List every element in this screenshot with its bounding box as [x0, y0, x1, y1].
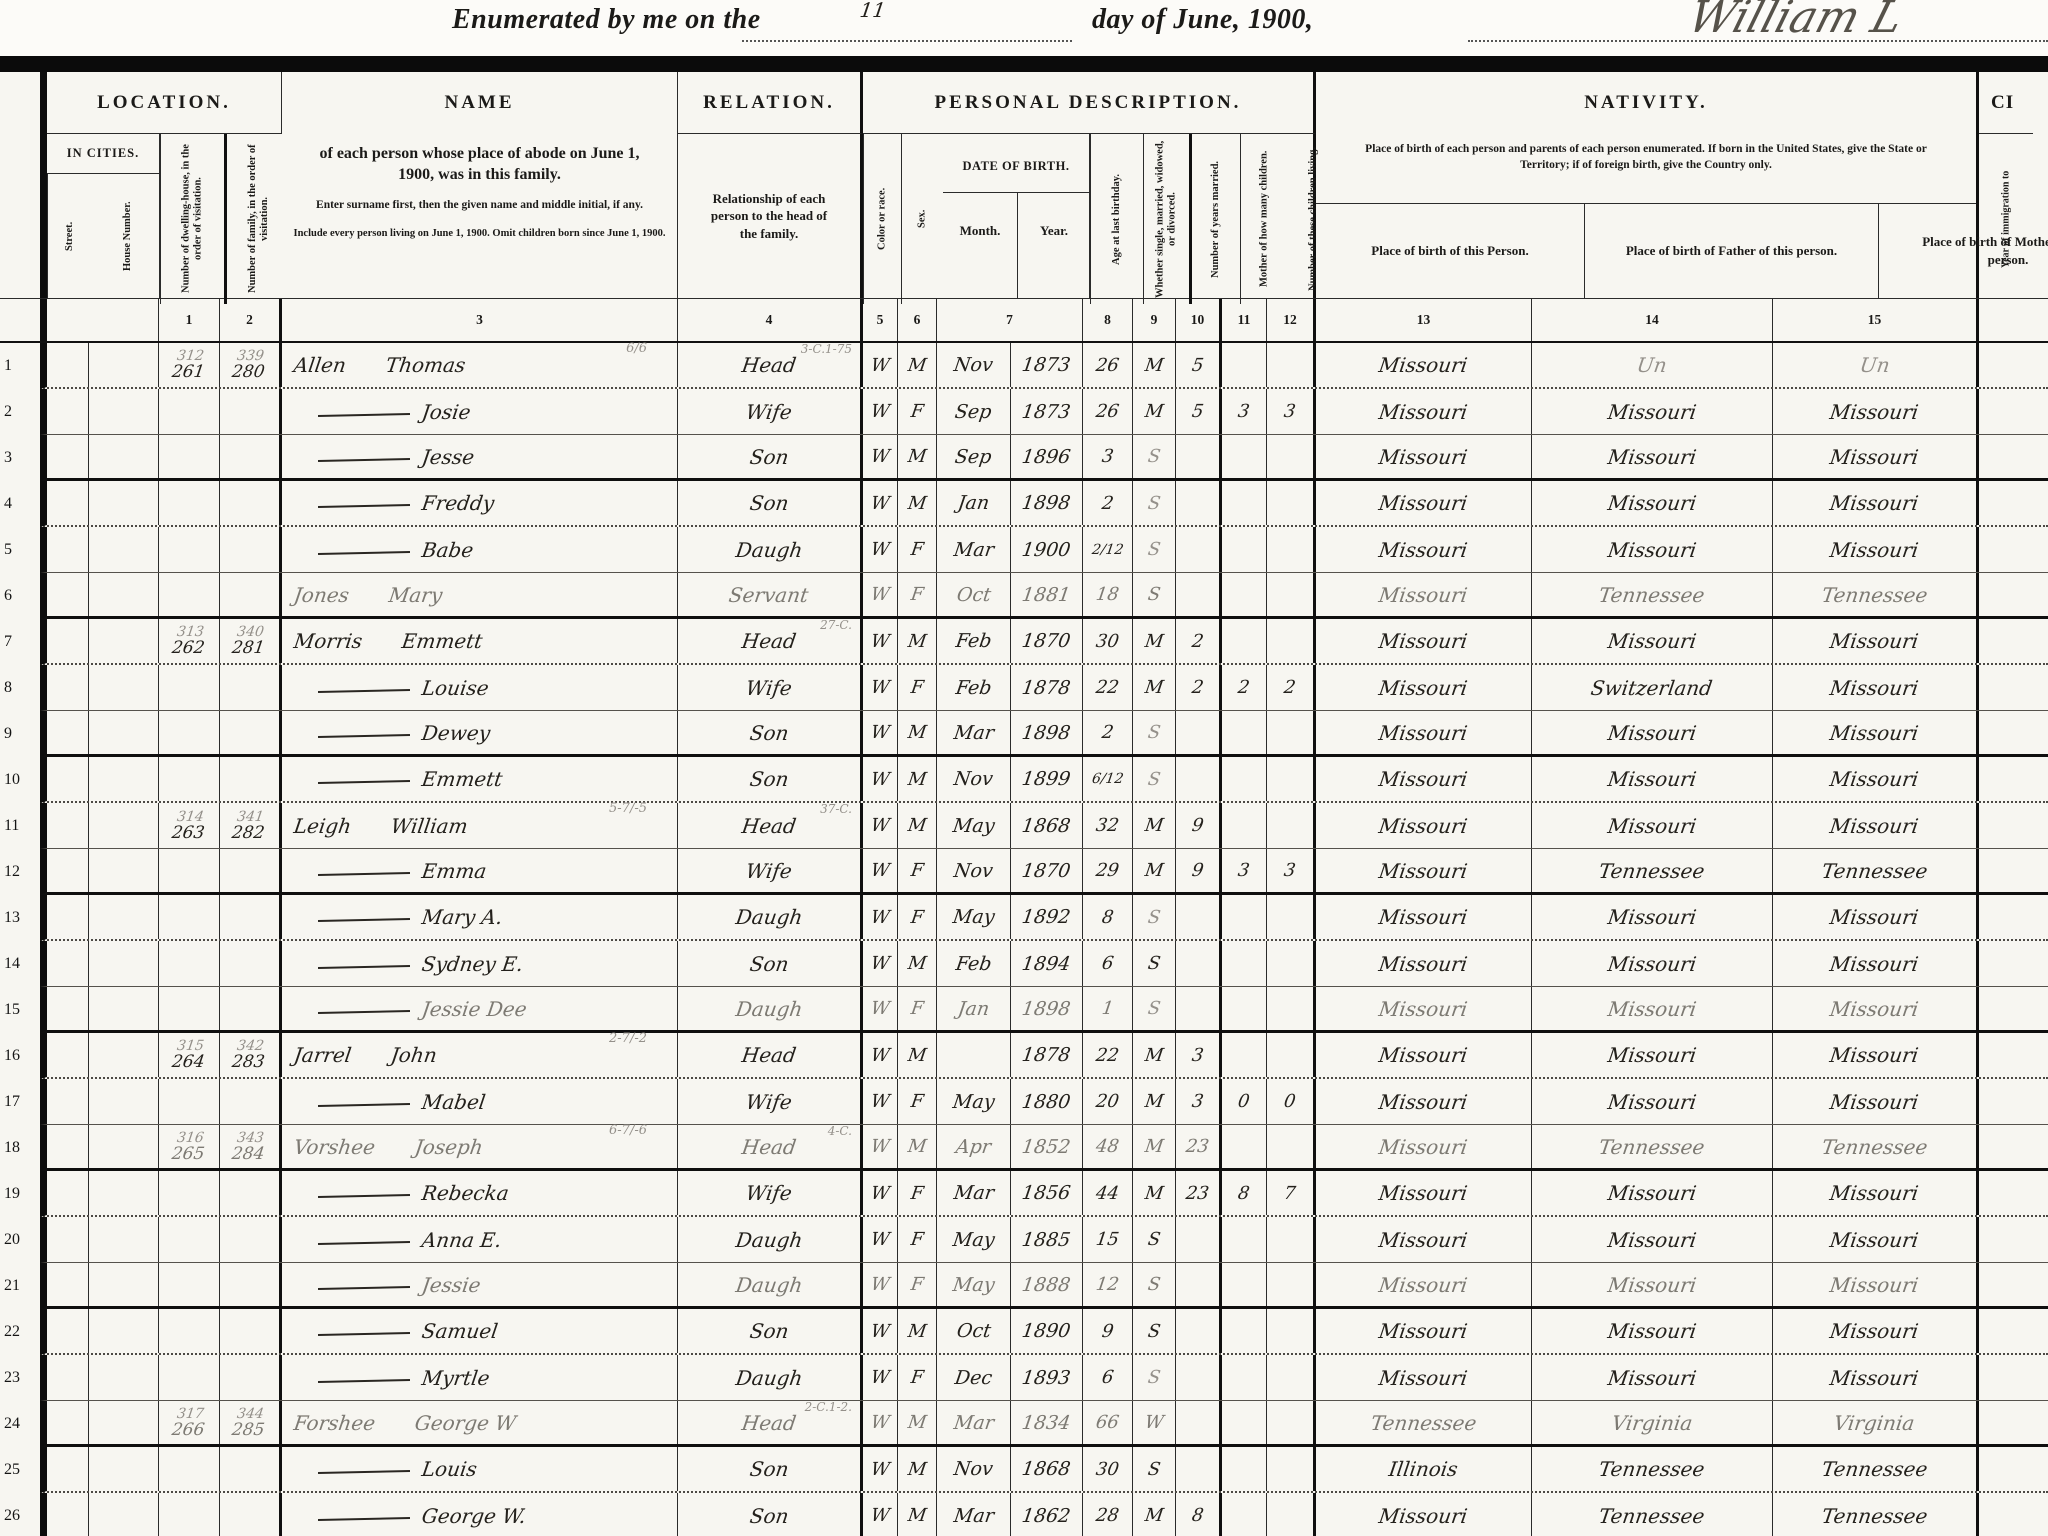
cell-marital-status: S	[1133, 481, 1176, 525]
cell-sex: M	[898, 757, 937, 801]
cell-children-living	[1267, 435, 1316, 478]
cell-birth-month: May	[937, 1263, 1011, 1306]
row-cells: JonesMaryServantWFOct188118SMissouriTenn…	[40, 573, 2048, 619]
cell-house-number	[89, 803, 159, 848]
cell-relation: Son	[678, 1447, 863, 1491]
row-cells: 314263341282LeighWilliam5-7/-5Head37-C.W…	[40, 803, 2048, 849]
cell-birth-month: Feb	[937, 665, 1011, 710]
cell-house-number	[89, 1401, 159, 1444]
cell-pob-person: Missouri	[1316, 1263, 1532, 1306]
row-cells: JosieWifeWFSep187326M533MissouriMissouri…	[40, 389, 2048, 435]
cell-sex: M	[898, 941, 937, 986]
cell-pob-mother: Missouri	[1773, 481, 1979, 525]
cell-name: Mabel	[282, 1079, 678, 1124]
cell-name: MorrisEmmett	[282, 619, 678, 663]
row-cells: LouiseWifeWFFeb187822M222MissouriSwitzer…	[40, 665, 2048, 711]
cell-street	[47, 895, 89, 939]
cell-mother-of-children	[1222, 941, 1267, 986]
cell-relation: Head2-C.1-2.	[678, 1401, 863, 1444]
cell-sex: F	[898, 895, 937, 939]
cell-citizenship	[1979, 849, 2033, 892]
cell-marital-status: M	[1133, 1125, 1176, 1168]
cell-pob-person: Missouri	[1316, 941, 1532, 986]
cell-color-race: W	[863, 1309, 898, 1353]
census-row: 6JonesMaryServantWFOct188118SMissouriTen…	[0, 573, 2048, 619]
cell-dwelling-number: 313262	[159, 619, 220, 663]
cell-birth-year: 1898	[1011, 481, 1083, 525]
row-cells: BabeDaughWFMar19002/12SMissouriMissouriM…	[40, 527, 2048, 573]
cell-children-living	[1267, 1263, 1316, 1306]
cell-age: 12	[1083, 1263, 1133, 1306]
sub-header-row: IN CITIES. Street. House Number. Number …	[0, 134, 2048, 299]
cell-relation: Head27-C.	[678, 619, 863, 663]
cell-sex: F	[898, 527, 937, 572]
cell-age: 2/12	[1083, 527, 1133, 572]
col-num-9: 9	[1133, 299, 1176, 341]
cell-citizenship	[1979, 343, 2033, 387]
col-num-3: 3	[282, 299, 678, 341]
row-number: 20	[0, 1217, 40, 1263]
row-number: 15	[0, 987, 40, 1033]
divider-bar	[0, 56, 2048, 72]
cell-street	[47, 1309, 89, 1353]
cell-birth-year: 1890	[1011, 1309, 1083, 1353]
cell-sex: F	[898, 1217, 937, 1262]
cell-citizenship	[1979, 803, 2033, 848]
row-cells: JesseSonWMSep18963SMissouriMissouriMisso…	[40, 435, 2048, 481]
cell-pob-person: Missouri	[1316, 987, 1532, 1030]
cell-citizenship	[1979, 527, 2033, 572]
cell-name: Jesse	[282, 435, 678, 478]
cell-sex: F	[898, 1171, 937, 1215]
cell-house-number	[89, 619, 159, 663]
cell-years-married	[1176, 573, 1222, 616]
cell-years-married: 5	[1176, 343, 1222, 387]
cell-dwelling-number	[159, 1447, 220, 1491]
cell-years-married	[1176, 1217, 1222, 1262]
cell-pob-mother: Missouri	[1773, 389, 1979, 434]
cell-children-living	[1267, 757, 1316, 801]
cell-age: 44	[1083, 1171, 1133, 1215]
cell-birth-month: Mar	[937, 527, 1011, 572]
cell-street	[47, 849, 89, 892]
family-number-header: Number of family, in the order of visita…	[224, 134, 291, 304]
cell-age: 18	[1083, 573, 1133, 616]
cell-children-living	[1267, 1033, 1316, 1077]
cell-family-number: 343284	[220, 1125, 282, 1168]
census-row: 5BabeDaughWFMar19002/12SMissouriMissouri…	[0, 527, 2048, 573]
cell-birth-year: 1834	[1011, 1401, 1083, 1444]
cell-name: Rebecka	[282, 1171, 678, 1215]
citizenship-group-header: CI	[1979, 72, 2033, 134]
cell-sex: F	[898, 987, 937, 1030]
cell-house-number	[89, 1033, 159, 1077]
row-cells: Sydney E.SonWMFeb18946SMissouriMissouriM…	[40, 941, 2048, 987]
cell-color-race: W	[863, 1171, 898, 1215]
cell-pob-father: Missouri	[1532, 987, 1773, 1030]
cell-pob-person: Missouri	[1316, 343, 1532, 387]
cell-birth-month	[937, 1033, 1011, 1077]
gutter-spacer	[0, 72, 40, 134]
cell-citizenship	[1979, 757, 2033, 801]
cell-mother-of-children: 0	[1222, 1079, 1267, 1124]
cell-birth-year: 1868	[1011, 803, 1083, 848]
cell-age: 26	[1083, 343, 1133, 387]
cell-relation: Wife	[678, 1171, 863, 1215]
cell-pob-person: Missouri	[1316, 1125, 1532, 1168]
cell-marital-status: M	[1133, 803, 1176, 848]
cell-years-married	[1176, 1401, 1222, 1444]
cell-name: LeighWilliam5-7/-5	[282, 803, 678, 848]
cell-pob-father: Missouri	[1532, 1309, 1773, 1353]
cell-street	[47, 665, 89, 710]
cell-pob-person: Missouri	[1316, 803, 1532, 848]
cell-citizenship	[1979, 1217, 2033, 1262]
cell-sex: F	[898, 1079, 937, 1124]
cell-pob-mother: Tennessee	[1773, 573, 1979, 616]
cell-street	[47, 1401, 89, 1444]
cell-sex: F	[898, 389, 937, 434]
cell-pob-person: Missouri	[1316, 435, 1532, 478]
cell-citizenship	[1979, 1033, 2033, 1077]
cell-street	[47, 481, 89, 525]
cell-relation: Son	[678, 1493, 863, 1536]
cell-house-number	[89, 1079, 159, 1124]
cell-family-number	[220, 573, 282, 616]
cell-house-number	[89, 389, 159, 434]
cell-marital-status: S	[1133, 757, 1176, 801]
row-cells: RebeckaWifeWFMar185644M2387MissouriMisso…	[40, 1171, 2048, 1217]
cell-name: JonesMary	[282, 573, 678, 616]
cell-birth-month: Mar	[937, 711, 1011, 754]
cell-name: Louise	[282, 665, 678, 710]
cell-pob-father: Missouri	[1532, 1033, 1773, 1077]
cell-pob-person: Missouri	[1316, 1493, 1532, 1536]
row-number: 1	[0, 343, 40, 389]
cell-birth-month: Apr	[937, 1125, 1011, 1168]
cell-birth-month: Feb	[937, 941, 1011, 986]
group-header-row: LOCATION. NAME RELATION. PERSONAL DESCRI…	[0, 72, 2048, 134]
census-sheet: LOCATION. NAME RELATION. PERSONAL DESCRI…	[0, 72, 2048, 1536]
cell-color-race: W	[863, 435, 898, 478]
row-number: 11	[0, 803, 40, 849]
cell-years-married	[1176, 435, 1222, 478]
cell-relation: Head4-C.	[678, 1125, 863, 1168]
cell-sex: F	[898, 665, 937, 710]
census-row: 12EmmaWifeWFNov187029M933MissouriTenness…	[0, 849, 2048, 895]
row-number: 18	[0, 1125, 40, 1171]
cell-citizenship	[1979, 711, 2033, 754]
cell-children-living	[1267, 803, 1316, 848]
cell-birth-year: 1894	[1011, 941, 1083, 986]
enumerated-prefix: Enumerated by me on the	[452, 4, 761, 36]
cell-pob-mother: Missouri	[1773, 895, 1979, 939]
cell-birth-month: Mar	[937, 1171, 1011, 1215]
cell-citizenship	[1979, 435, 2033, 478]
cell-birth-year: 1870	[1011, 619, 1083, 663]
cell-children-living	[1267, 895, 1316, 939]
cell-relation: Head3-C.1-75	[678, 343, 863, 387]
cell-relation: Daugh	[678, 1355, 863, 1400]
cell-marital-status: S	[1133, 941, 1176, 986]
cell-pob-person: Missouri	[1316, 527, 1532, 572]
cell-relation: Son	[678, 711, 863, 754]
cell-pob-mother: Tennessee	[1773, 1447, 1979, 1491]
cell-family-number: 341282	[220, 803, 282, 848]
row-number: 16	[0, 1033, 40, 1079]
cell-mother-of-children: 3	[1222, 389, 1267, 434]
cell-mother-of-children	[1222, 573, 1267, 616]
cell-birth-year: 1898	[1011, 987, 1083, 1030]
cell-street	[47, 1079, 89, 1124]
cell-children-living: 2	[1267, 665, 1316, 710]
cell-age: 48	[1083, 1125, 1133, 1168]
cell-street	[47, 987, 89, 1030]
cell-house-number	[89, 1309, 159, 1353]
cell-pob-father: Missouri	[1532, 895, 1773, 939]
cell-birth-year: 1873	[1011, 389, 1083, 434]
cell-pob-mother: Missouri	[1773, 757, 1979, 801]
cell-children-living	[1267, 1355, 1316, 1400]
cell-family-number: 339280	[220, 343, 282, 387]
cell-pob-father: Missouri	[1532, 757, 1773, 801]
cell-dwelling-number	[159, 1263, 220, 1306]
cell-birth-year: 1868	[1011, 1447, 1083, 1491]
cell-age: 26	[1083, 389, 1133, 434]
nativity-group-header: NATIVITY.	[1316, 72, 1979, 134]
cell-pob-person: Missouri	[1316, 1079, 1532, 1124]
cell-color-race: W	[863, 665, 898, 710]
cell-birth-year: 1878	[1011, 1033, 1083, 1077]
census-row: 14Sydney E.SonWMFeb18946SMissouriMissour…	[0, 941, 2048, 987]
col-num-10: 10	[1176, 299, 1222, 341]
census-row: 11314263341282LeighWilliam5-7/-5Head37-C…	[0, 803, 2048, 849]
cell-dwelling-number: 316265	[159, 1125, 220, 1168]
census-row: 10EmmettSonWMNov18996/12SMissouriMissour…	[0, 757, 2048, 803]
row-cells: 317266344285ForsheeGeorge WHead2-C.1-2.W…	[40, 1401, 2048, 1447]
cell-pob-person: Missouri	[1316, 1217, 1532, 1262]
cell-years-married: 23	[1176, 1125, 1222, 1168]
cell-family-number	[220, 941, 282, 986]
census-row: 26George W.SonWMMar186228M8MissouriTenne…	[0, 1493, 2048, 1536]
cell-age: 28	[1083, 1493, 1133, 1536]
enumerated-suffix: day of June, 1900,	[1092, 4, 1313, 36]
cell-pob-mother: Missouri	[1773, 527, 1979, 572]
cell-citizenship	[1979, 573, 2033, 616]
cell-marital-status: S	[1133, 711, 1176, 754]
citizenship-subheader: Year of immigration to	[1979, 134, 2033, 298]
cell-sex: F	[898, 849, 937, 892]
date-of-birth-title: DATE OF BIRTH.	[943, 134, 1089, 193]
cell-pob-father: Missouri	[1532, 1263, 1773, 1306]
cell-marital-status: M	[1133, 1171, 1176, 1215]
cell-citizenship	[1979, 665, 2033, 710]
cell-pob-father: Tennessee	[1532, 849, 1773, 892]
cell-family-number	[220, 527, 282, 572]
col-num-12: 12	[1267, 299, 1316, 341]
cell-birth-month: Mar	[937, 1401, 1011, 1444]
census-row: 9DeweySonWMMar18982SMissouriMissouriMiss…	[0, 711, 2048, 757]
census-row: 25LouisSonWMNov186830SIllinoisTennesseeT…	[0, 1447, 2048, 1493]
row-number: 12	[0, 849, 40, 895]
row-number: 9	[0, 711, 40, 757]
census-row: 18316265343284VorsheeJoseph6-7/-6Head4-C…	[0, 1125, 2048, 1171]
cell-mother-of-children: 8	[1222, 1171, 1267, 1215]
cell-relation: Wife	[678, 1079, 863, 1124]
cell-pob-mother: Missouri	[1773, 987, 1979, 1030]
row-number: 4	[0, 481, 40, 527]
cell-citizenship	[1979, 619, 2033, 663]
cell-family-number	[220, 895, 282, 939]
cell-pob-father: Missouri	[1532, 389, 1773, 434]
cell-age: 22	[1083, 665, 1133, 710]
cell-color-race: W	[863, 757, 898, 801]
col-num-16	[1979, 299, 2033, 341]
cell-color-race: W	[863, 343, 898, 387]
cell-mother-of-children: 2	[1222, 665, 1267, 710]
cell-birth-month: Oct	[937, 573, 1011, 616]
cell-house-number	[89, 665, 159, 710]
cell-street	[47, 757, 89, 801]
col-num-8: 8	[1083, 299, 1133, 341]
cell-sex: M	[898, 1401, 937, 1444]
cell-mother-of-children	[1222, 1125, 1267, 1168]
cell-pob-mother: Missouri	[1773, 665, 1979, 710]
immigration-year-header: Year of immigration to	[1979, 134, 2033, 304]
cell-relation: Daugh	[678, 1263, 863, 1306]
cell-pob-person: Tennessee	[1316, 1401, 1532, 1444]
cell-family-number	[220, 1309, 282, 1353]
cell-dwelling-number	[159, 435, 220, 478]
cell-years-married: 2	[1176, 619, 1222, 663]
census-row: 7313262340281MorrisEmmettHead27-C.WMFeb1…	[0, 619, 2048, 665]
cell-birth-year: 1898	[1011, 711, 1083, 754]
cell-color-race: W	[863, 1493, 898, 1536]
cell-marital-status: S	[1133, 1355, 1176, 1400]
col-num-7: 7	[937, 299, 1083, 341]
gutter-spacer	[0, 299, 40, 341]
cell-citizenship	[1979, 1355, 2033, 1400]
cell-mother-of-children	[1222, 757, 1267, 801]
cell-color-race: W	[863, 803, 898, 848]
cell-birth-month: Nov	[937, 849, 1011, 892]
cell-family-number	[220, 1447, 282, 1491]
census-row: 4FreddySonWMJan18982SMissouriMissouriMis…	[0, 481, 2048, 527]
cell-birth-year: 1862	[1011, 1493, 1083, 1536]
cell-years-married	[1176, 1447, 1222, 1491]
cell-citizenship	[1979, 1125, 2033, 1168]
cell-pob-father: Un	[1532, 343, 1773, 387]
cell-family-number	[220, 1493, 282, 1536]
cell-dwelling-number	[159, 941, 220, 986]
cell-street	[47, 711, 89, 754]
cell-mother-of-children	[1222, 1263, 1267, 1306]
cell-years-married	[1176, 941, 1222, 986]
cell-pob-father: Missouri	[1532, 481, 1773, 525]
cell-name: Samuel	[282, 1309, 678, 1353]
cell-children-living: 0	[1267, 1079, 1316, 1124]
cell-dwelling-number	[159, 1079, 220, 1124]
row-number: 3	[0, 435, 40, 481]
cell-name: ForsheeGeorge W	[282, 1401, 678, 1444]
cell-family-number	[220, 435, 282, 478]
cell-dwelling-number	[159, 711, 220, 754]
cell-pob-mother: Tennessee	[1773, 1125, 1979, 1168]
cell-age: 22	[1083, 1033, 1133, 1077]
cell-years-married: 2	[1176, 665, 1222, 710]
cell-name: JarrelJohn2-7/-2	[282, 1033, 678, 1077]
cell-family-number	[220, 665, 282, 710]
cell-sex: M	[898, 1493, 937, 1536]
cell-birth-year: 1873	[1011, 343, 1083, 387]
cell-birth-month: Sep	[937, 389, 1011, 434]
cell-years-married	[1176, 711, 1222, 754]
cell-street	[47, 1263, 89, 1306]
row-number: 22	[0, 1309, 40, 1355]
cell-mother-of-children	[1222, 1493, 1267, 1536]
cell-relation: Wife	[678, 389, 863, 434]
cell-color-race: W	[863, 1263, 898, 1306]
pob-father-header: Place of birth of Father of this person.	[1585, 204, 1879, 298]
cell-house-number	[89, 1493, 159, 1536]
cell-birth-month: Oct	[937, 1309, 1011, 1353]
cell-sex: F	[898, 1355, 937, 1400]
cell-birth-year: 1878	[1011, 665, 1083, 710]
cell-years-married	[1176, 1309, 1222, 1353]
cell-pob-father: Missouri	[1532, 1355, 1773, 1400]
cell-family-number	[220, 1217, 282, 1262]
cell-years-married: 3	[1176, 1079, 1222, 1124]
cell-marital-status: M	[1133, 343, 1176, 387]
cell-name: Freddy	[282, 481, 678, 525]
census-row: 13Mary A.DaughWFMay18928SMissouriMissour…	[0, 895, 2048, 941]
in-cities-header: IN CITIES.	[47, 134, 159, 174]
cell-children-living	[1267, 527, 1316, 572]
cell-house-number	[89, 573, 159, 616]
cell-age: 30	[1083, 619, 1133, 663]
cell-family-number	[220, 849, 282, 892]
cell-house-number	[89, 711, 159, 754]
cell-citizenship	[1979, 941, 2033, 986]
mother-of-children-header: Mother of how many children.	[1240, 134, 1288, 304]
col-num-14: 14	[1532, 299, 1773, 341]
cell-relation: Head37-C.	[678, 803, 863, 848]
cell-children-living	[1267, 1493, 1316, 1536]
row-number: 26	[0, 1493, 40, 1536]
census-row: 24317266344285ForsheeGeorge WHead2-C.1-2…	[0, 1401, 2048, 1447]
cell-children-living	[1267, 1447, 1316, 1491]
cell-house-number	[89, 895, 159, 939]
cell-birth-year: 1870	[1011, 849, 1083, 892]
cell-sex: M	[898, 1309, 937, 1353]
row-cells: 313262340281MorrisEmmettHead27-C.WMFeb18…	[40, 619, 2048, 665]
cell-children-living	[1267, 711, 1316, 754]
row-cells: 315264342283JarrelJohn2-7/-2HeadWM187822…	[40, 1033, 2048, 1079]
cell-family-number	[220, 1171, 282, 1215]
page-header: Enumerated by me on the 11 day of June, …	[0, 0, 2048, 56]
cell-house-number	[89, 435, 159, 478]
cell-relation: Son	[678, 941, 863, 986]
cell-house-number	[89, 1125, 159, 1168]
cell-citizenship	[1979, 895, 2033, 939]
cell-birth-month: Sep	[937, 435, 1011, 478]
cell-street	[47, 1493, 89, 1536]
cell-pob-person: Missouri	[1316, 619, 1532, 663]
cell-birth-month: Dec	[937, 1355, 1011, 1400]
cell-relation: Daugh	[678, 1217, 863, 1262]
cell-mother-of-children	[1222, 435, 1267, 478]
cell-street	[47, 527, 89, 572]
